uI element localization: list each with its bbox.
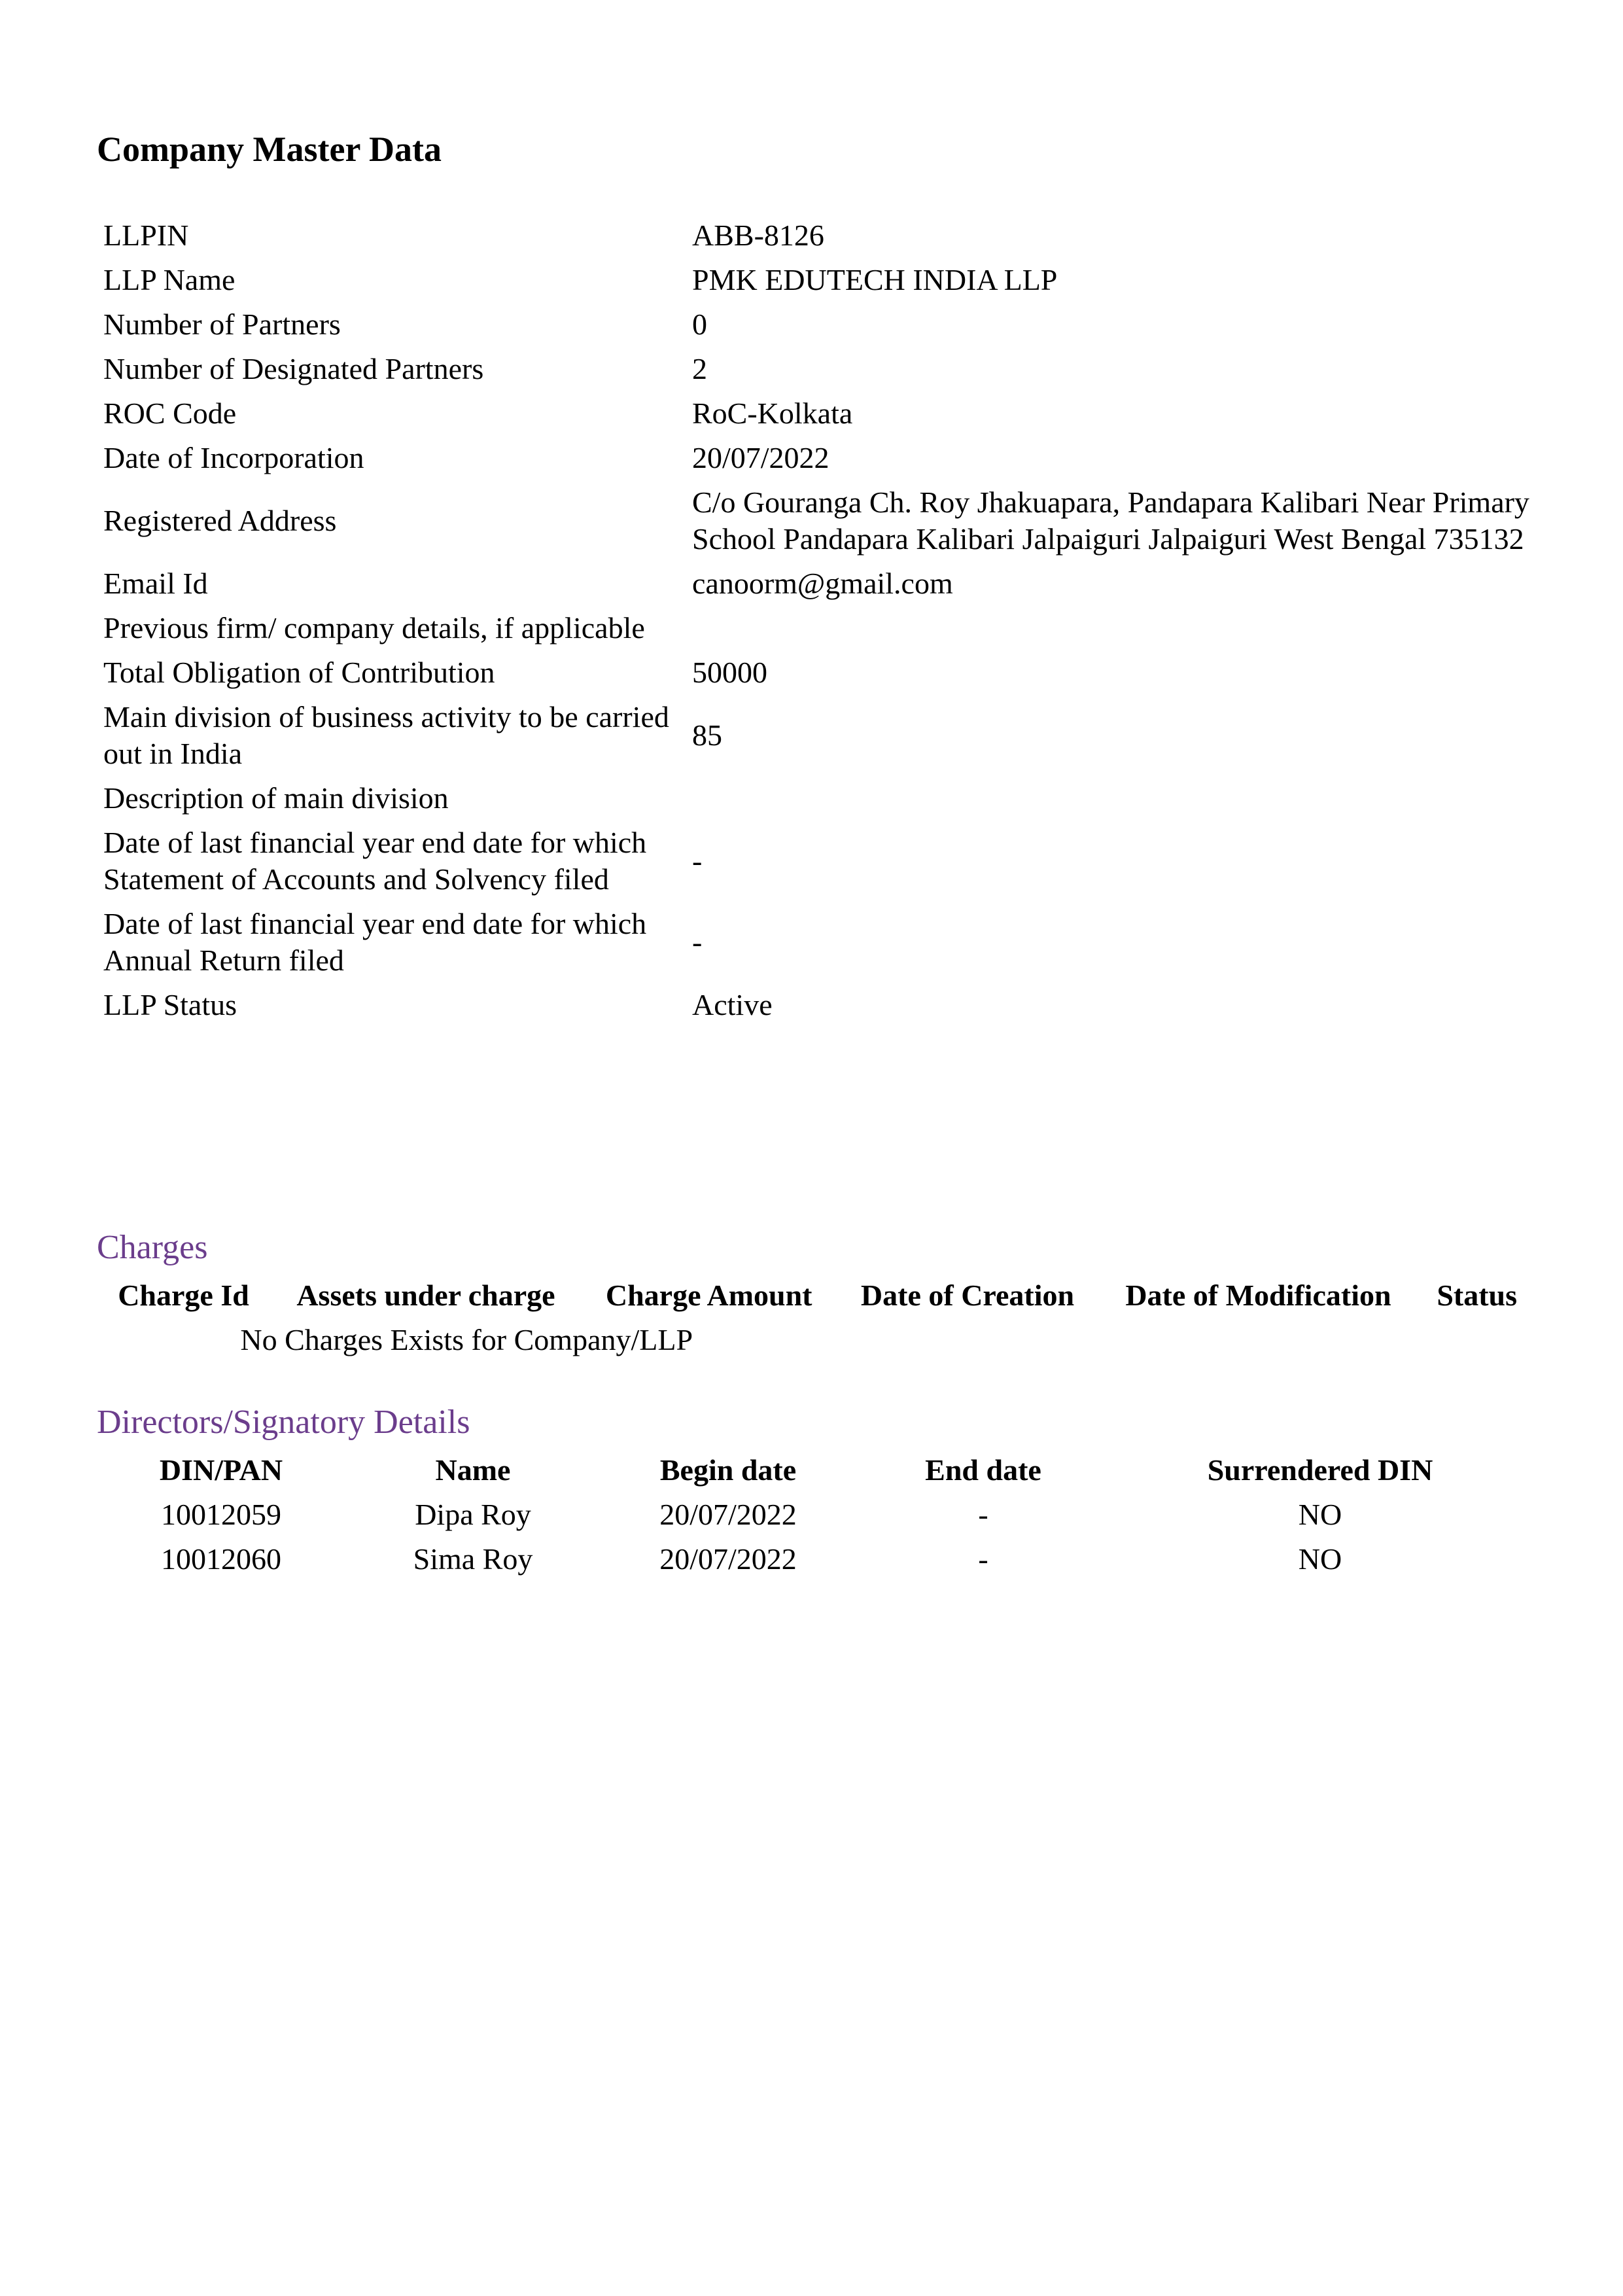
cell-begin-date: 20/07/2022 [601, 1537, 856, 1581]
directors-heading: Directors/Signatory Details [97, 1402, 470, 1443]
master-row: Date of Incorporation20/07/2022 [97, 436, 1549, 480]
director-row: 10012059Dipa Roy20/07/2022-NO [97, 1492, 1529, 1537]
charges-empty-row: No Charges Exists for Company/LLP [97, 1318, 1536, 1362]
field-label: Total Obligation of Contribution [97, 650, 686, 695]
master-row: Date of last financial year end date for… [97, 821, 1549, 902]
col-end-date: End date [856, 1448, 1111, 1492]
col-surrendered-din: Surrendered DIN [1111, 1448, 1529, 1492]
col-assets-under-charge: Assets under charge [270, 1273, 582, 1318]
field-value: ABB-8126 [686, 213, 1549, 258]
master-row: Number of Partners0 [97, 302, 1549, 347]
master-row: Email Idcanoorm@gmail.com [97, 561, 1549, 606]
cell-name: Dipa Roy [345, 1492, 601, 1537]
field-label: Registered Address [97, 480, 686, 561]
field-value: PMK EDUTECH INDIA LLP [686, 258, 1549, 302]
field-value: 85 [686, 695, 1549, 776]
field-label: Email Id [97, 561, 686, 606]
field-label: ROC Code [97, 391, 686, 436]
director-row: 10012060Sima Roy20/07/2022-NO [97, 1537, 1529, 1581]
field-label: Date of last financial year end date for… [97, 902, 686, 983]
field-label: LLPIN [97, 213, 686, 258]
master-row: Total Obligation of Contribution50000 [97, 650, 1549, 695]
cell-din-pan: 10012059 [97, 1492, 345, 1537]
field-value [686, 606, 1549, 650]
col-name: Name [345, 1448, 601, 1492]
field-label: Previous firm/ company details, if appli… [97, 606, 686, 650]
cell-din-pan: 10012060 [97, 1537, 345, 1581]
directors-table: DIN/PAN Name Begin date End date Surrend… [97, 1448, 1529, 1581]
cell-end-date: - [856, 1492, 1111, 1537]
master-row: Date of last financial year end date for… [97, 902, 1549, 983]
field-value [686, 776, 1549, 821]
field-value: 2 [686, 347, 1549, 391]
master-row: Number of Designated Partners2 [97, 347, 1549, 391]
col-date-of-creation: Date of Creation [837, 1273, 1099, 1318]
charges-heading: Charges [97, 1227, 207, 1268]
charges-header-row: Charge Id Assets under charge Charge Amo… [97, 1273, 1536, 1318]
field-label: Main division of business activity to be… [97, 695, 686, 776]
field-label: Description of main division [97, 776, 686, 821]
col-status: Status [1418, 1273, 1536, 1318]
field-value: RoC-Kolkata [686, 391, 1549, 436]
field-value: 20/07/2022 [686, 436, 1549, 480]
master-row: Previous firm/ company details, if appli… [97, 606, 1549, 650]
directors-header-row: DIN/PAN Name Begin date End date Surrend… [97, 1448, 1529, 1492]
field-value: - [686, 821, 1549, 902]
field-value: - [686, 902, 1549, 983]
master-row: LLPINABB-8126 [97, 213, 1549, 258]
field-label: LLP Name [97, 258, 686, 302]
page-title: Company Master Data [97, 128, 442, 171]
master-row: LLP StatusActive [97, 983, 1549, 1027]
cell-name: Sima Roy [345, 1537, 601, 1581]
field-value: 0 [686, 302, 1549, 347]
field-label: Number of Partners [97, 302, 686, 347]
field-label: Date of Incorporation [97, 436, 686, 480]
col-charge-id: Charge Id [97, 1273, 270, 1318]
cell-surrendered-din: NO [1111, 1492, 1529, 1537]
charges-empty-message: No Charges Exists for Company/LLP [97, 1318, 837, 1362]
col-charge-amount: Charge Amount [582, 1273, 837, 1318]
field-value: canoorm@gmail.com [686, 561, 1549, 606]
cell-surrendered-din: NO [1111, 1537, 1529, 1581]
master-row: Main division of business activity to be… [97, 695, 1549, 776]
field-label: LLP Status [97, 983, 686, 1027]
master-row: LLP NamePMK EDUTECH INDIA LLP [97, 258, 1549, 302]
cell-begin-date: 20/07/2022 [601, 1492, 856, 1537]
charges-table: Charge Id Assets under charge Charge Amo… [97, 1273, 1536, 1362]
col-begin-date: Begin date [601, 1448, 856, 1492]
master-row: Description of main division [97, 776, 1549, 821]
col-date-of-modification: Date of Modification [1099, 1273, 1418, 1318]
field-value: C/o Gouranga Ch. Roy Jhakuapara, Pandapa… [686, 480, 1549, 561]
field-value: Active [686, 983, 1549, 1027]
master-row: ROC CodeRoC-Kolkata [97, 391, 1549, 436]
field-label: Number of Designated Partners [97, 347, 686, 391]
field-label: Date of last financial year end date for… [97, 821, 686, 902]
master-row: Registered AddressC/o Gouranga Ch. Roy J… [97, 480, 1549, 561]
cell-end-date: - [856, 1537, 1111, 1581]
field-value: 50000 [686, 650, 1549, 695]
col-din-pan: DIN/PAN [97, 1448, 345, 1492]
company-master-table: LLPINABB-8126LLP NamePMK EDUTECH INDIA L… [97, 213, 1549, 1027]
